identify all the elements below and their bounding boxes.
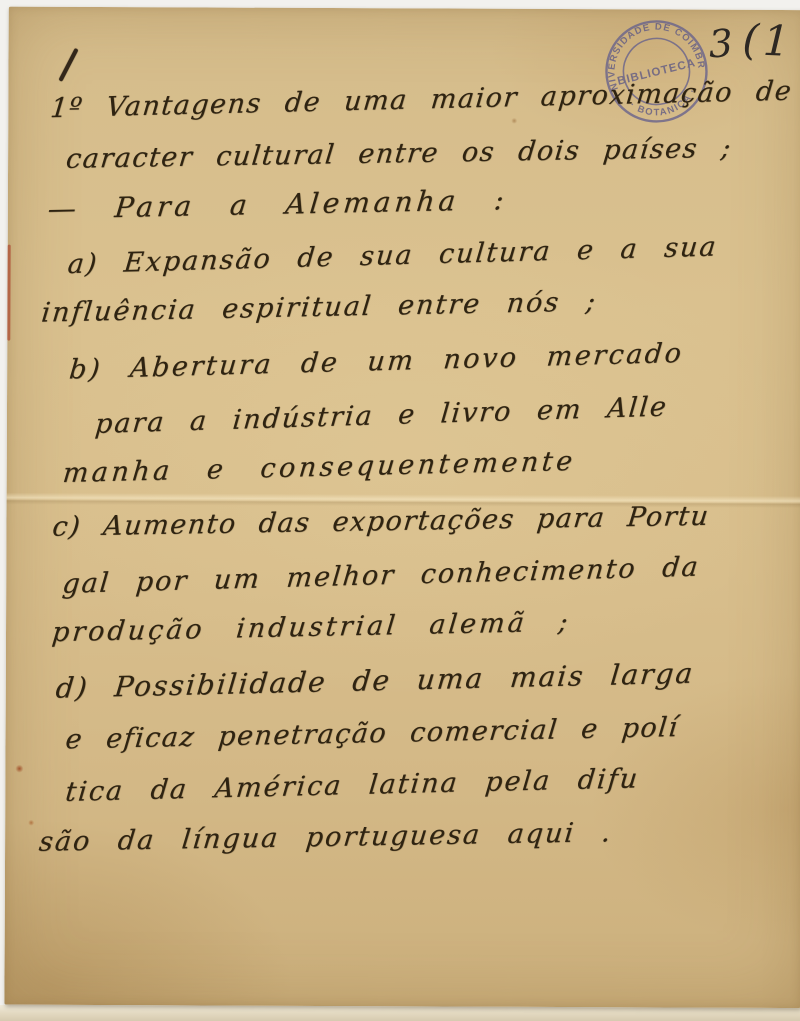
manuscript-line: d) Possibilidade de uma mais larga [54,657,696,705]
manuscript-line: — Para a Alemanha : [46,183,509,225]
manuscript-line: gal por um melhor conhecimento da [61,552,701,600]
manuscript-line: manha e consequentemente [61,446,577,489]
paper-sheet: 3 (1 UNIVERSIDADE DE COIMBRA · BOTANICA … [4,7,800,1008]
red-edge-stain [7,245,10,341]
manuscript-line: caracter cultural entre os dois países ; [65,133,734,175]
manuscript-line: são da língua portuguesa aqui . [38,817,614,858]
manuscript-line: c) Aumento das exportações para Portu [51,501,711,543]
manuscript-line: para a indústria e livro em Alle [94,391,670,440]
scanned-manuscript-page: { "document": { "kind": "handwritten man… [0,0,800,1021]
manuscript-line: b) Abertura de um novo mercado [68,338,685,386]
manuscript-line: produção industrial alemã ; [50,607,572,648]
manuscript-line: influência espiritual entre nós ; [40,286,599,328]
folio-annotation: (1 [742,15,795,66]
manuscript-line: tica da América latina pela difu [64,763,641,808]
manuscript-line: e eficaz penetração comercial e polí [64,712,680,755]
ink-slash-mark [58,48,78,82]
manuscript-line: a) Expansão de sua cultura e a sua [66,231,719,280]
